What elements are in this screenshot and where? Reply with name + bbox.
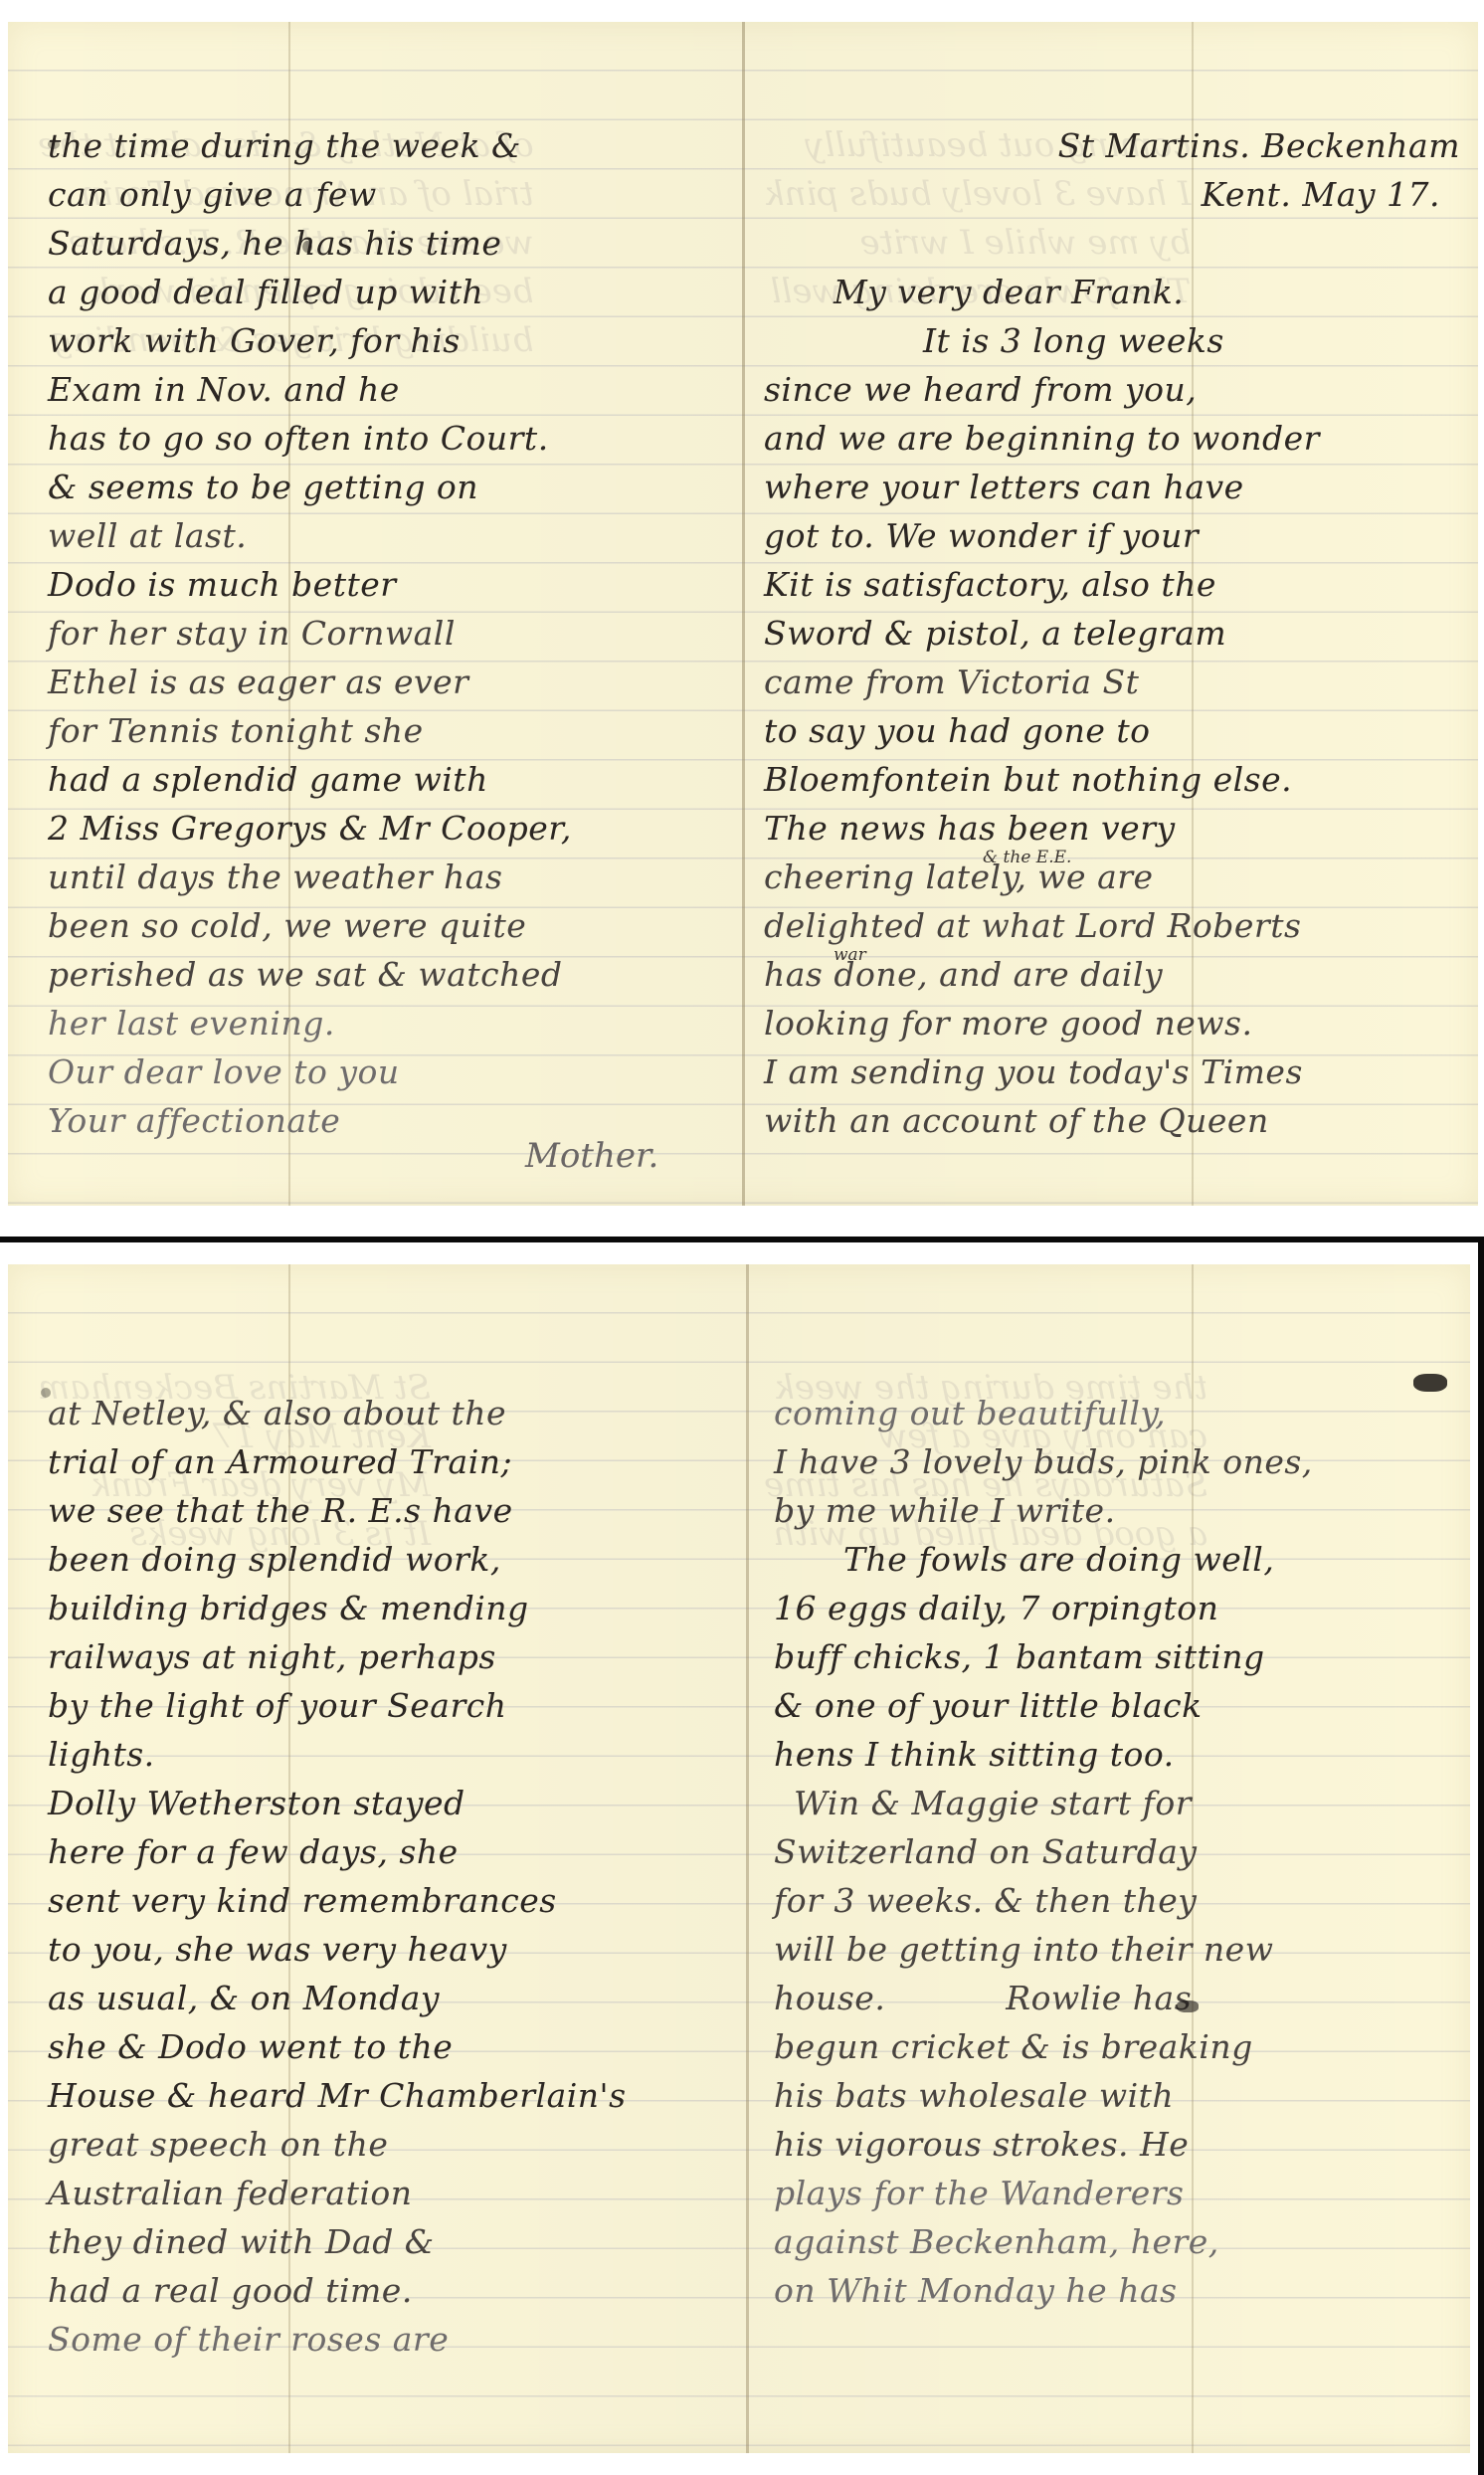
letter-line: house. Rowlie has [774,1974,1460,2022]
letter-line: & seems to be getting on [48,463,724,511]
letter-line: has to go so often into Court. [48,414,724,463]
letter-line: The news has been very [764,804,1460,853]
letter-line: It is 3 long weeks [764,316,1460,365]
date-line: Kent. May 17. [764,170,1460,219]
closing-line: Our dear love to you [48,1047,724,1096]
letter-line: Saturdays, he has his time [48,219,724,268]
letter-line: I am sending you today's Times [764,1047,1460,1096]
letter-line: by the light of your Search [48,1681,744,1730]
bottom-sheet: St Martins Beckenham Kent May 17 My very… [8,1264,1470,2453]
letter-line: railways at night, perhaps [48,1632,744,1681]
ink-smudge [302,241,312,253]
letter-line: Switzerland on Saturday [774,1827,1460,1876]
letter-line: buff chicks, 1 bantam sitting [774,1632,1460,1681]
letter-line: at Netley, & also about the [48,1389,744,1437]
address-line: St Martins. Beckenham [764,121,1460,170]
letter-line: she & Dodo went to the [48,2022,744,2071]
letter-line: Exam in Nov. and he [48,365,724,414]
letter-line: well at last. [48,511,724,560]
page-right-top: St Martins. Beckenham Kent. May 17. My v… [764,121,1460,1145]
letter-line: been doing splendid work, [48,1535,744,1584]
interlinear-insertion: war [834,947,866,964]
letter-line: I have 3 lovely buds, pink ones, [774,1437,1460,1486]
letter-line: his vigorous strokes. He [774,2120,1460,2169]
top-sheet: of at Netley & also about the trial of a… [8,22,1478,1206]
interlinear-insertion: & the E.E. [983,850,1071,866]
letter-line: looking for more good news. [764,999,1460,1047]
letter-line: the time during the week & [48,121,724,170]
letter-line: & one of your little black [774,1681,1460,1730]
letter-line: trial of an Armoured Train; [48,1437,744,1486]
center-fold-crease [742,22,745,1206]
letter-line: to say you had gone to [764,706,1460,755]
signature: Mother. [525,1136,658,1176]
crossed-out-ink-blot [1413,1374,1447,1392]
crossed-out-ink-blot [1177,2000,1199,2012]
page-left-top: the time during the week & can only give… [48,121,724,1145]
letter-line: with an account of the Queen [764,1096,1460,1145]
letter-line: and we are beginning to wonder [764,414,1460,463]
letter-line: Ethel is as eager as ever [48,658,724,706]
letter-line: great speech on the [48,2120,744,2169]
letter-line: Kit is satisfactory, also the [764,560,1460,609]
letter-line: his bats wholesale with [774,2071,1460,2120]
letter-line: building bridges & mending [48,1584,744,1632]
letter-line: begun cricket & is breaking [774,2022,1460,2071]
letter-line: a good deal filled up with [48,268,724,316]
ink-smudge [41,1388,51,1398]
letter-line: got to. We wonder if your [764,511,1460,560]
letter-line: by me while I write. [774,1486,1460,1535]
letter-line: Win & Maggie start for [774,1779,1460,1827]
letter-line: had a real good time. [48,2266,744,2315]
letter-line: has done, and are daily [764,950,1460,999]
letter-line: against Beckenham, here, [774,2217,1460,2266]
letter-line: Dolly Wetherston stayed [48,1779,744,1827]
letter-line: until days the weather has [48,853,724,901]
letter-line: for Tennis tonight she [48,706,724,755]
page-left-bottom: at Netley, & also about the trial of an … [48,1389,744,2364]
page-right-bottom: coming out beautifully, I have 3 lovely … [774,1389,1460,2315]
letter-line: had a splendid game with [48,755,724,804]
letter-line: we see that the R. E.s have [48,1486,744,1535]
bottom-scan: St Martins Beckenham Kent May 17 My very… [0,1242,1478,2475]
letter-line: Dodo is much better [48,560,724,609]
letter-line: can only give a few [48,170,724,219]
letter-line: her last evening. [48,999,724,1047]
letter-line: as usual, & on Monday [48,1974,744,2022]
letter-line: to you, she was very heavy [48,1925,744,1974]
letter-line: House & heard Mr Chamberlain's [48,2071,744,2120]
letter-line: 2 Miss Gregorys & Mr Cooper, [48,804,724,853]
top-scan: of at Netley & also about the trial of a… [0,0,1484,1234]
letter-line: will be getting into their new [774,1925,1460,1974]
ink-smudge [48,139,60,149]
scan-frame-right-border [1478,1237,1484,2475]
letter-line: work with Gover, for his [48,316,724,365]
letter-line: Bloemfontein but nothing else. [764,755,1460,804]
letter-line: where your letters can have [764,463,1460,511]
letter-line: Australian federation [48,2169,744,2217]
letter-line: they dined with Dad & [48,2217,744,2266]
letter-line: plays for the Wanderers [774,2169,1460,2217]
letter-line: cheering lately, we are [764,853,1460,901]
letter-line: came from Victoria St [764,658,1460,706]
letter-line: Sword & pistol, a telegram [764,609,1460,658]
letter-line: since we heard from you, [764,365,1460,414]
letter-line: on Whit Monday he has [774,2266,1460,2315]
spacer [764,219,1460,268]
letter-line: lights. [48,1730,744,1779]
letter-line: 16 eggs daily, 7 orpington [774,1584,1460,1632]
letter-line: been so cold, we were quite [48,901,724,950]
letter-line: The fowls are doing well, [774,1535,1460,1584]
center-fold-crease [746,1264,749,2453]
salutation: My very dear Frank. [764,268,1460,316]
letter-line: for her stay in Cornwall [48,609,724,658]
letter-line: sent very kind remembrances [48,1876,744,1925]
letter-line: here for a few days, she [48,1827,744,1876]
letter-line: perished as we sat & watched [48,950,724,999]
letter-line: hens I think sitting too. [774,1730,1460,1779]
letter-line: delighted at what Lord Roberts [764,901,1460,950]
letter-line: coming out beautifully, [774,1389,1460,1437]
letter-line: for 3 weeks. & then they [774,1876,1460,1925]
letter-line: Some of their roses are [48,2315,744,2364]
